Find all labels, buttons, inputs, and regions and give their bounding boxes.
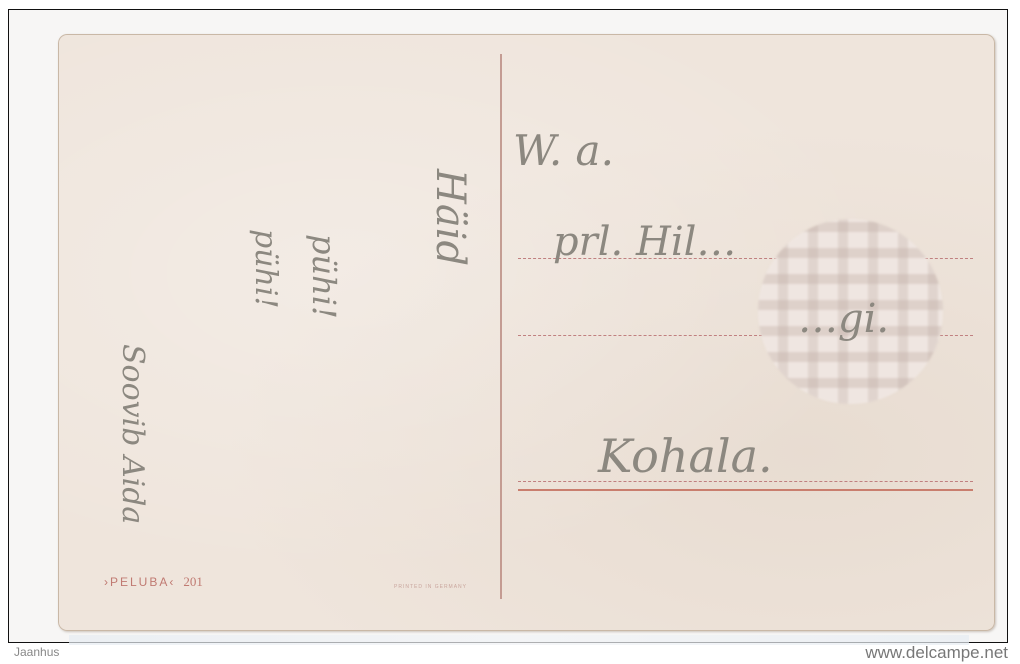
center-divider-line: [500, 54, 502, 599]
site-watermark: www.delcampe.net: [865, 643, 1008, 663]
postcard-back: Häid pühi! pühi! Soovib Aida ›PELUBA‹201…: [58, 34, 995, 631]
address-underline: [518, 489, 973, 491]
scan-edge-strip: [69, 635, 969, 645]
signature: Soovib Aida: [115, 344, 150, 524]
scan-frame: Häid pühi! pühi! Soovib Aida ›PELUBA‹201…: [8, 9, 1008, 643]
address-text-4: Kohala.: [598, 429, 773, 483]
publisher-mark: ›PELUBA‹201: [104, 574, 203, 590]
printed-in-germany-text: PRINTED IN GERMANY: [394, 584, 467, 590]
publisher-name: ›PELUBA‹: [104, 575, 175, 589]
address-text-3: …gi.: [798, 296, 889, 342]
message-line-1: Häid: [427, 169, 473, 266]
message-line-2: pühi!: [305, 234, 343, 319]
address-text-2: prl. Hil…: [553, 219, 736, 265]
message-line-3: pühi!: [248, 229, 283, 309]
address-text-1: W. a.: [513, 126, 614, 175]
publisher-number: 201: [183, 574, 203, 589]
seller-watermark: Jaanhus: [14, 645, 59, 659]
